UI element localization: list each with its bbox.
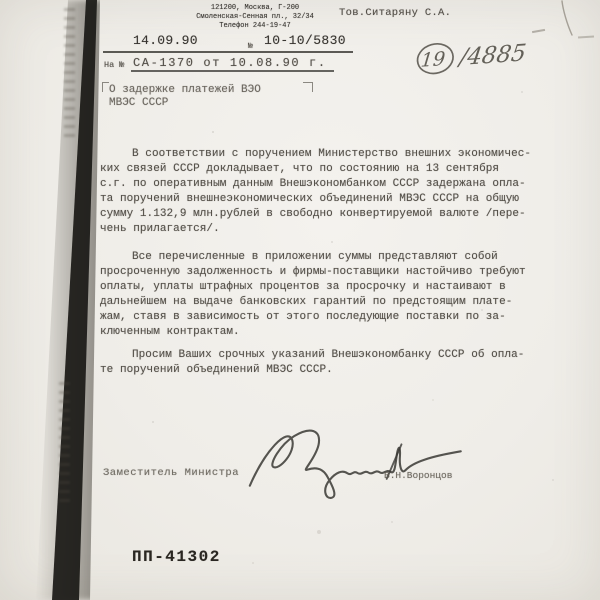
letterhead-address-line2: Смоленская-Сенная пл., 32/34 [180, 13, 330, 22]
handwritten-number: /4885 [456, 39, 528, 71]
reference-underline [131, 70, 334, 72]
paper-speckles [0, 0, 2, 2]
subject-line: О задержке платежей ВЭО МВЭС СССР [109, 84, 261, 110]
pen-dash-mark-2 [578, 35, 594, 38]
subject-bracket-left [102, 82, 109, 92]
subject-bracket-right [303, 82, 313, 92]
number-sign: № [248, 42, 253, 51]
date-underline [103, 51, 353, 53]
body-paragraph-1: В соответствии с поручением Министерство… [100, 147, 533, 237]
reference-label: На № [104, 60, 124, 70]
body-paragraph-2: Все перечисленные в приложении суммы пре… [100, 250, 533, 340]
bleedthrough-marks-top [64, 8, 75, 138]
signature-scribble [242, 412, 470, 508]
recipient-line: Тов.Ситаряну С.А. [339, 7, 451, 19]
pen-stroke-mark [559, 0, 575, 36]
letterhead-phone: Телефон 244-19-47 [180, 22, 330, 31]
body-paragraph-3: Просим Ваших срочных указаний Внешэконом… [100, 348, 533, 378]
letterhead-address-line1: 121200, Москва, Г-200 [180, 4, 330, 13]
handwritten-circled-number: 19 [420, 47, 447, 72]
reference-number: СА-1370 от 10.08.90 г. [133, 56, 327, 70]
outgoing-number: 10-10/5830 [264, 33, 346, 48]
scanned-letter-page: 121200, Москва, Г-200 Смоленская-Сенная … [0, 0, 600, 600]
footer-code: ПП-41302 [132, 548, 221, 566]
signer-name: В.Н.Воронцов [384, 470, 452, 481]
letter-date: 14.09.90 [133, 33, 198, 48]
bleedthrough-marks-bottom [59, 382, 70, 502]
signer-title: Заместитель Министра [103, 467, 239, 479]
letterhead: 121200, Москва, Г-200 Смоленская-Сенная … [180, 4, 330, 31]
